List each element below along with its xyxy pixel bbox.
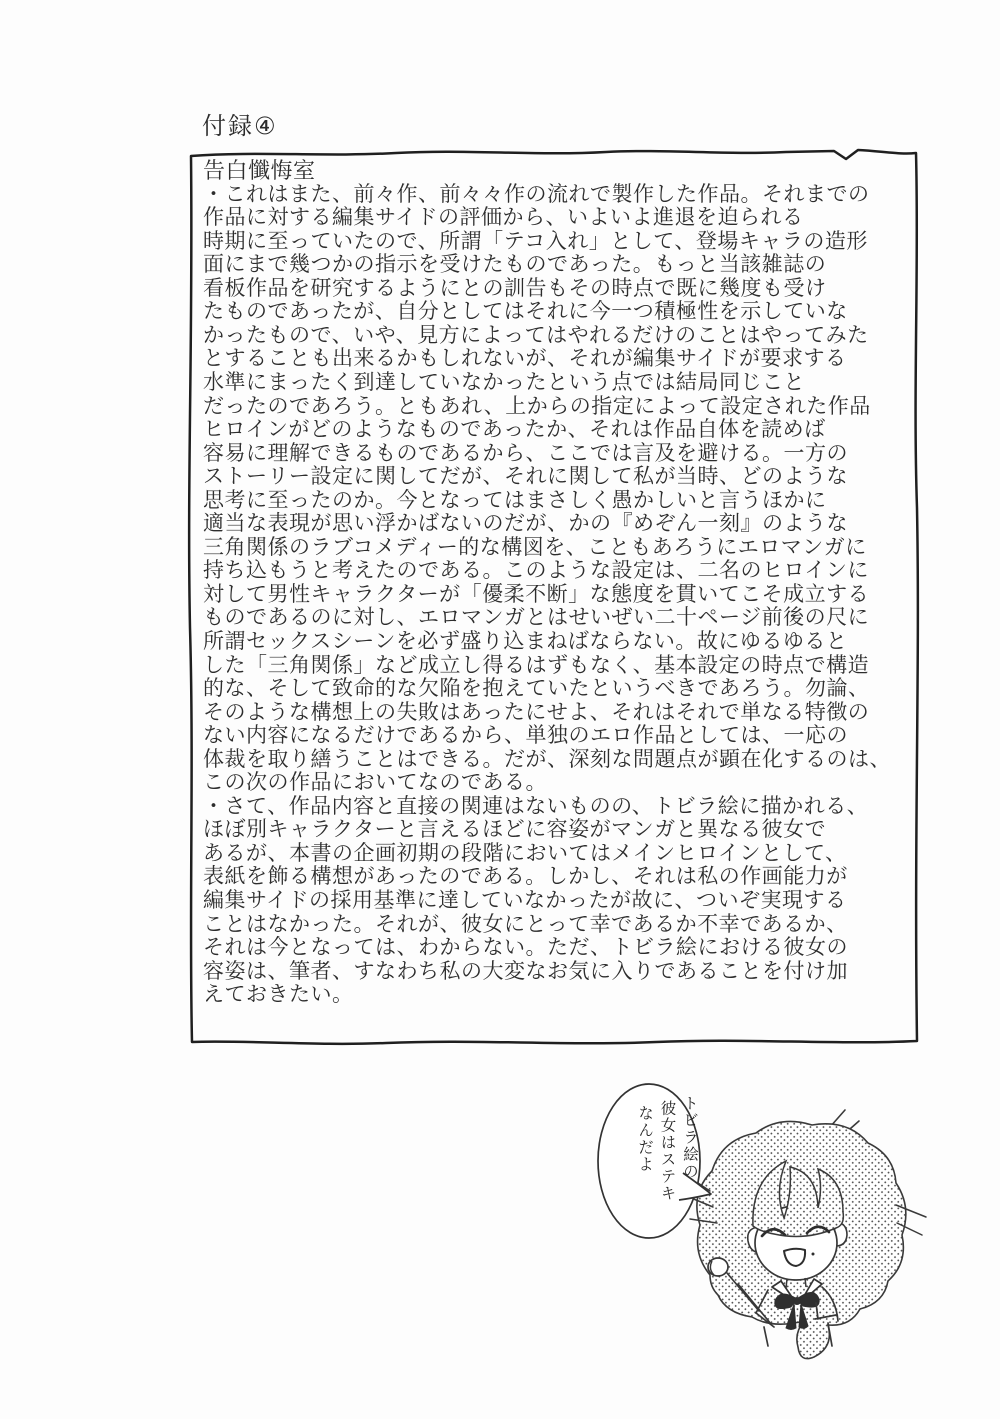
text-line: 水準にまったく到達していなかったという点では結局同じこと (203, 371, 910, 395)
text-line: それは今となっては、わからない。ただ、トビラ絵における彼女の (203, 936, 910, 960)
text-line: ヒロインがどのようなものであったか、それは作品自体を読めば (203, 418, 910, 442)
text-line: ストーリー設定に関してだが、それに関して私が当時、どのような (203, 465, 910, 489)
text-line: 体裁を取り繕うことはできる。だが、深刻な問題点が顕在化するのは、 (203, 748, 910, 772)
author-illustration: トビラ絵の彼女はステキなんだよ (560, 1075, 1000, 1419)
text-line: えておきたい。 (203, 983, 910, 1007)
text-line: 思考に至ったのか。今となってはまさしく愚かしいと言うほかに (203, 489, 910, 513)
text-line: ものであるのに対し、エロマンガとはせいぜい二十ページ前後の尺に (203, 606, 910, 630)
text-line: そのような構想上の失敗はあったにせよ、それはそれで単なる特徴の (203, 701, 910, 725)
speech-bubble-text: トビラ絵の彼女はステキなんだよ (600, 1095, 700, 1235)
text-line: 容姿は、筆者、すなわち私の大変なお気に入りであることを付け加 (203, 960, 910, 984)
text-line: あるが、本書の企画初期の段階においてはメインヒロインとして、 (203, 842, 910, 866)
text-line: 彼女はステキ (655, 1095, 677, 1235)
text-line: 所謂セックスシーンを必ず盛り込まねばならない。故にゆるゆると (203, 630, 910, 654)
text-line: たものであったが、自分としてはそれに今一つ積極性を示していな (203, 300, 910, 324)
manga-afterword-page: 付録④ 告白懺悔室 ・これはまた、前々作、前々々作の流れで製作した作品。それまで… (0, 0, 1000, 1419)
text-line: この次の作品においてなのである。 (203, 771, 910, 795)
box-title: 告白懺悔室 (203, 159, 910, 183)
text-line: 容易に理解できるものであるから、ここでは言及を避ける。一方の (203, 442, 910, 466)
text-line: した「三角関係」など成立し得るはずもなく、基本設定の時点で構造 (203, 654, 910, 678)
confession-box-content: 告白懺悔室 ・これはまた、前々作、前々々作の流れで製作した作品。それまでの作品に… (203, 159, 910, 1041)
box-body-text: ・これはまた、前々作、前々々作の流れで製作した作品。それまでの作品に対する編集サ… (203, 183, 910, 1007)
text-line: 持ち込もうと考えたのである。このような設定は、二名のヒロインに (203, 559, 910, 583)
text-line: ほぼ別キャラクターと言えるほどに容姿がマンガと異なる彼女で (203, 818, 910, 842)
text-line: だったのであろう。ともあれ、上からの指定によって設定された作品 (203, 395, 910, 419)
text-line: ことはなかった。それが、彼女にとって幸であるか不幸であるか、 (203, 913, 910, 937)
page-title: 付録④ (202, 106, 278, 141)
text-line: 看板作品を研究するようにとの訓告もその時点で既に幾度も受け (203, 277, 910, 301)
text-line: かったもので、いや、見方によってはやれるだけのことはやってみた (203, 324, 910, 348)
text-line: 時期に至っていたので、所謂「テコ入れ」として、登場キャラの造形 (203, 230, 910, 254)
text-line: なんだよ (633, 1095, 655, 1235)
text-line: 編集サイドの採用基準に達していなかったが故に、ついぞ実現する (203, 889, 910, 913)
text-line: ・さて、作品内容と直接の関連はないものの、トビラ絵に描かれる、 (203, 795, 910, 819)
text-line: 作品に対する編集サイドの評価から、いよいよ進退を迫られる (203, 206, 910, 230)
text-line: 的な、そして致命的な欠陥を抱えていたというべきであろう。勿論、 (203, 677, 910, 701)
text-line: 三角関係のラブコメディー的な構図を、こともあろうにエロマンガに (203, 536, 910, 560)
text-line: 適当な表現が思い浮かばないのだが、かの『めぞん一刻』のような (203, 512, 910, 536)
text-line: ・これはまた、前々作、前々々作の流れで製作した作品。それまでの (203, 183, 910, 207)
text-line: トビラ絵の (678, 1095, 700, 1235)
text-line: ない内容になるだけであるから、単独のエロ作品としては、一応の (203, 724, 910, 748)
confession-box: 告白懺悔室 ・これはまた、前々作、前々々作の流れで製作した作品。それまでの作品に… (186, 148, 922, 1049)
text-line: とすることも出来るかもしれないが、それが編集サイドが要求する (203, 347, 910, 371)
text-line: 面にまで幾つかの指示を受けたものであった。もっと当該雑誌の (203, 253, 910, 277)
text-line: 対して男性キャラクターが「優柔不断」な態度を貫いてこそ成立する (203, 583, 910, 607)
text-line: 表紙を飾る構想があったのである。しかし、それは私の作画能力が (203, 865, 910, 889)
